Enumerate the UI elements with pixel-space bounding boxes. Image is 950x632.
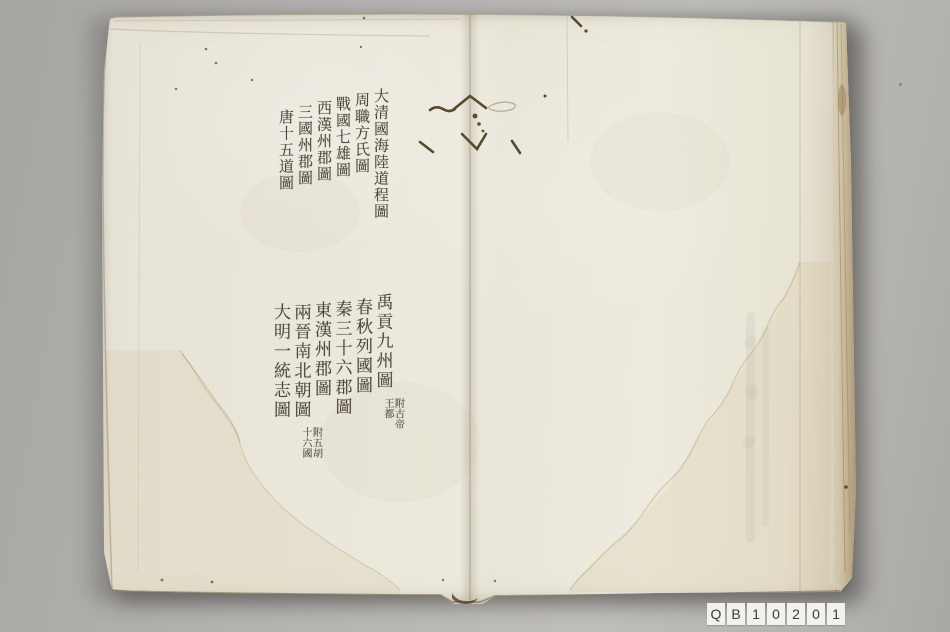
- map-title: 春秋列國圖: [352, 298, 372, 396]
- toc-entry: 三國州郡圖: [297, 104, 312, 244]
- shelfmark-char-tile: B: [727, 603, 745, 625]
- shelfmark-label: QB10201: [707, 603, 845, 625]
- paper-damage-overlay: [100, 12, 860, 604]
- toc-entry: 大清國海陸道程圖: [373, 88, 388, 244]
- map-title: 秦三十六郡圖: [332, 300, 352, 417]
- shelfmark-char-tile: 1: [827, 603, 845, 625]
- shelfmark-char-tile: Q: [707, 603, 725, 625]
- toc-entry: 春秋列國圖: [353, 298, 370, 465]
- map-title: 大明一統志圖: [270, 303, 290, 420]
- map-title: 周職方氏圖: [353, 92, 371, 175]
- map-title: 禹貢九州圖: [373, 293, 393, 391]
- map-title: 大清國海陸道程圖: [372, 88, 390, 220]
- toc-lower-list: 禹貢九州圖附古帝王都春秋列國圖秦三十六郡圖東漢州郡圖兩晉南北朝圖附五胡十六國大明…: [268, 293, 395, 465]
- photo-stage: 大清國海陸道程圖周職方氏圖戰國七雄圖西漢州郡圖三國州郡圖唐十五道圖 禹貢九州圖附…: [0, 0, 950, 632]
- map-title: 三國州郡圖: [296, 104, 314, 187]
- worm-damage-dots: [473, 29, 588, 132]
- map-title: 東漢州郡圖: [311, 301, 331, 399]
- shelfmark-char-tile: 0: [767, 603, 785, 625]
- map-title: 唐十五道圖: [277, 109, 295, 192]
- map-title: 西漢州郡圖: [315, 100, 333, 183]
- toc-entry: 秦三十六郡圖: [333, 300, 350, 465]
- toc-entry: 周職方氏圖: [354, 92, 369, 244]
- toc-entry: 戰國七雄圖: [335, 96, 350, 244]
- toc-entry: 兩晉南北朝圖附五胡十六國: [292, 303, 309, 465]
- shelfmark-char-tile: 0: [807, 603, 825, 625]
- stain-right: [568, 262, 856, 592]
- toc-entry: 唐十五道圖: [278, 109, 293, 244]
- manuscript-book: 大清國海陸道程圖周職方氏圖戰國七雄圖西漢州郡圖三國州郡圖唐十五道圖 禹貢九州圖附…: [100, 12, 860, 604]
- shelfmark-char-tile: 2: [787, 603, 805, 625]
- map-title-note: 附古帝王都: [380, 398, 403, 430]
- worm-faint-loop: [489, 102, 515, 111]
- worm-damage: [420, 17, 581, 153]
- map-title-note: 附五胡十六國: [298, 427, 321, 459]
- toc-entry: 大明一統志圖: [271, 303, 288, 465]
- map-title: 戰國七雄圖: [334, 96, 352, 179]
- toc-upper-list: 大清國海陸道程圖周職方氏圖戰國七雄圖西漢州郡圖三國州郡圖唐十五道圖: [274, 88, 392, 244]
- dust-speck: [899, 83, 902, 86]
- shelfmark-char-tile: 1: [747, 603, 765, 625]
- toc-entry: 西漢州郡圖: [316, 100, 331, 244]
- map-title: 兩晉南北朝圖: [291, 303, 311, 420]
- toc-entry: 禹貢九州圖附古帝王都: [374, 293, 391, 465]
